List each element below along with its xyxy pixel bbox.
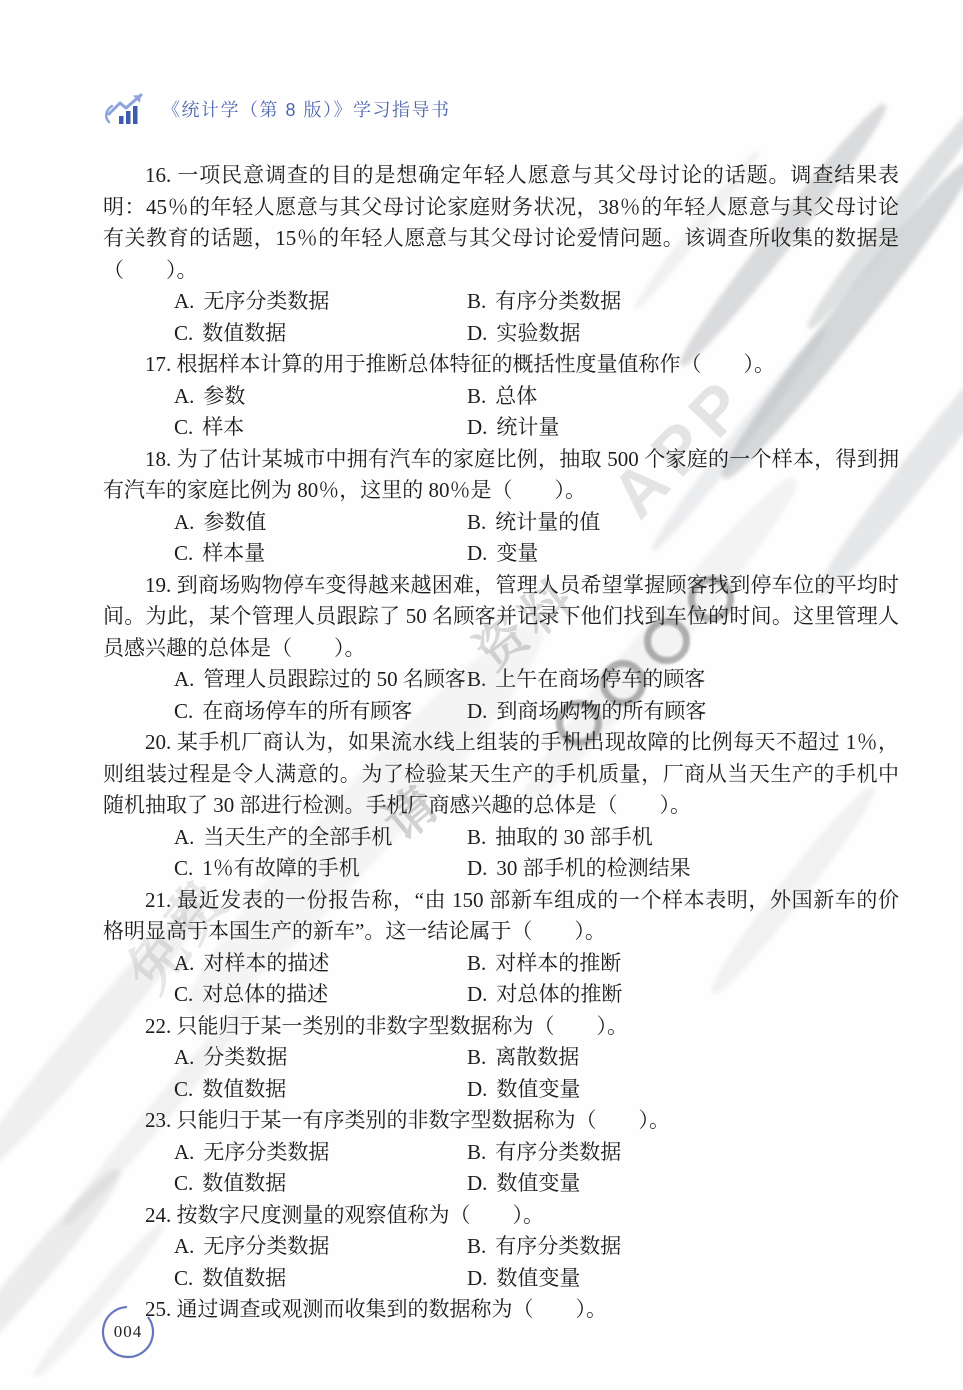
question-18: 18. 为了估计某城市中拥有汽车的家庭比例，抽取 500 个家庭的一个样本，得到…: [103, 444, 899, 570]
option-text: 统计量的值: [495, 510, 600, 534]
option-text: 在商场停车的所有顾客: [202, 699, 412, 723]
option-22-C: C.数值数据: [174, 1074, 467, 1106]
option-text: 变量: [496, 541, 538, 565]
question-23: 23. 只能归于某一有序类别的非数字型数据称为（ ）。A.无序分类数据B.有序分…: [103, 1105, 899, 1200]
option-24-D: D.数值变量: [467, 1263, 580, 1295]
option-text: 数值变量: [496, 1077, 580, 1101]
option-17-A: A.参数: [174, 381, 467, 413]
option-24-B: B.有序分类数据: [467, 1231, 621, 1263]
option-text: 有序分类数据: [495, 1140, 621, 1164]
option-label: A.: [174, 510, 194, 534]
option-16-D: D.实验数据: [467, 318, 580, 350]
option-label: C.: [174, 1077, 193, 1101]
option-label: A.: [174, 1234, 194, 1258]
option-23-C: C.数值数据: [174, 1168, 467, 1200]
option-row: C.样本D.统计量: [103, 412, 899, 444]
option-22-B: B.离散数据: [467, 1042, 579, 1074]
option-20-C: C.1％有故障的手机: [174, 853, 467, 885]
option-row: A.参数B.总体: [103, 381, 899, 413]
option-text: 无序分类数据: [203, 1140, 329, 1164]
option-text: 无序分类数据: [203, 289, 329, 313]
option-label: C.: [174, 856, 193, 880]
option-text: 数值变量: [496, 1171, 580, 1195]
option-label: B.: [467, 1234, 486, 1258]
option-label: B.: [467, 289, 486, 313]
questions-area: 16. 一项民意调查的目的是想确定年轻人愿意与其父母讨论的话题。调查结果表明：4…: [103, 160, 899, 1326]
option-label: B.: [467, 384, 486, 408]
question-text: 23. 只能归于某一有序类别的非数字型数据称为（ ）。: [103, 1105, 899, 1137]
option-23-B: B.有序分类数据: [467, 1137, 621, 1169]
question-16: 16. 一项民意调查的目的是想确定年轻人愿意与其父母讨论的话题。调查结果表明：4…: [103, 160, 899, 349]
question-21: 21. 最近发表的一份报告称，“由 150 部新车组成的一个样本表明，外国新车的…: [103, 885, 899, 1011]
option-text: 到商场购物的所有顾客: [496, 699, 706, 723]
option-text: 数值数据: [202, 321, 286, 345]
option-22-D: D.数值变量: [467, 1074, 580, 1106]
option-label: A.: [174, 289, 194, 313]
option-label: D.: [467, 699, 487, 723]
option-19-B: B.上午在商场停车的顾客: [467, 664, 705, 696]
option-text: 离散数据: [495, 1045, 579, 1069]
option-label: C.: [174, 415, 193, 439]
option-18-C: C.样本量: [174, 538, 467, 570]
option-text: 有序分类数据: [495, 289, 621, 313]
option-21-B: B.对样本的推断: [467, 948, 621, 980]
option-label: A.: [174, 1140, 194, 1164]
option-label: D.: [467, 1266, 487, 1290]
option-text: 分类数据: [203, 1045, 287, 1069]
option-label: B.: [467, 510, 486, 534]
option-17-C: C.样本: [174, 412, 467, 444]
option-text: 30 部手机的检测结果: [496, 856, 690, 880]
option-text: 无序分类数据: [203, 1234, 329, 1258]
option-label: C.: [174, 1266, 193, 1290]
question-19: 19. 到商场购物停车变得越来越困难，管理人员希望掌握顾客找到停车位的平均时间。…: [103, 570, 899, 728]
option-text: 对样本的推断: [495, 951, 621, 975]
option-20-A: A.当天生产的全部手机: [174, 822, 467, 854]
option-label: D.: [467, 321, 487, 345]
option-label: A.: [174, 384, 194, 408]
question-24: 24. 按数字尺度测量的观察值称为（ ）。A.无序分类数据B.有序分类数据C.数…: [103, 1200, 899, 1295]
option-19-A: A.管理人员跟踪过的 50 名顾客: [174, 664, 467, 696]
option-19-D: D.到商场购物的所有顾客: [467, 696, 706, 728]
option-19-C: C.在商场停车的所有顾客: [174, 696, 467, 728]
option-21-D: D.对总体的推断: [467, 979, 622, 1011]
option-text: 对样本的描述: [203, 951, 329, 975]
option-21-A: A.对样本的描述: [174, 948, 467, 980]
option-text: 统计量: [496, 415, 559, 439]
option-label: D.: [467, 541, 487, 565]
option-label: D.: [467, 982, 487, 1006]
option-row: C.在商场停车的所有顾客D.到商场购物的所有顾客: [103, 696, 899, 728]
page-number: 004: [99, 1303, 157, 1361]
option-label: C.: [174, 699, 193, 723]
option-row: A.分类数据B.离散数据: [103, 1042, 899, 1074]
option-text: 总体: [495, 384, 537, 408]
page-header: 《统计学（第 8 版）》学习指导书: [102, 90, 451, 128]
option-18-D: D.变量: [467, 538, 538, 570]
option-text: 对总体的推断: [496, 982, 622, 1006]
option-16-C: C.数值数据: [174, 318, 467, 350]
option-label: B.: [467, 667, 486, 691]
option-label: C.: [174, 982, 193, 1006]
option-label: D.: [467, 1077, 487, 1101]
option-label: B.: [467, 1140, 486, 1164]
option-text: 上午在商场停车的顾客: [495, 667, 705, 691]
option-18-B: B.统计量的值: [467, 507, 600, 539]
option-text: 数值数据: [202, 1077, 286, 1101]
option-row: C.数值数据D.实验数据: [103, 318, 899, 350]
option-24-A: A.无序分类数据: [174, 1231, 467, 1263]
option-row: A.当天生产的全部手机B.抽取的 30 部手机: [103, 822, 899, 854]
option-row: C.1％有故障的手机D.30 部手机的检测结果: [103, 853, 899, 885]
question-17: 17. 根据样本计算的用于推断总体特征的概括性度量值称作（ ）。A.参数B.总体…: [103, 349, 899, 444]
trend-chart-logo-icon: [102, 90, 150, 128]
option-20-B: B.抽取的 30 部手机: [467, 822, 653, 854]
option-text: 实验数据: [496, 321, 580, 345]
option-label: D.: [467, 415, 487, 439]
scanned-textbook-page: APP 资料 请 免费 《统计学（第 8 版）》学习指导书 16. 一项民意调查…: [0, 0, 963, 1390]
option-text: 抽取的 30 部手机: [495, 825, 653, 849]
option-row: C.数值数据D.数值变量: [103, 1074, 899, 1106]
option-label: A.: [174, 1045, 194, 1069]
question-25: 25. 通过调查或观测而收集到的数据称为（ ）。: [103, 1294, 899, 1326]
option-text: 数值数据: [202, 1171, 286, 1195]
option-text: 样本量: [202, 541, 265, 565]
question-text: 18. 为了估计某城市中拥有汽车的家庭比例，抽取 500 个家庭的一个样本，得到…: [103, 444, 899, 507]
option-label: D.: [467, 1171, 487, 1195]
option-label: B.: [467, 825, 486, 849]
option-text: 参数: [203, 384, 245, 408]
question-text: 25. 通过调查或观测而收集到的数据称为（ ）。: [103, 1294, 899, 1326]
option-row: C.对总体的描述D.对总体的推断: [103, 979, 899, 1011]
option-text: 样本: [202, 415, 244, 439]
option-22-A: A.分类数据: [174, 1042, 467, 1074]
option-label: A.: [174, 667, 194, 691]
option-17-D: D.统计量: [467, 412, 559, 444]
question-text: 24. 按数字尺度测量的观察值称为（ ）。: [103, 1200, 899, 1232]
option-18-A: A.参数值: [174, 507, 467, 539]
option-text: 对总体的描述: [202, 982, 328, 1006]
question-text: 21. 最近发表的一份报告称，“由 150 部新车组成的一个样本表明，外国新车的…: [103, 885, 899, 948]
option-text: 1％有故障的手机: [202, 856, 360, 880]
option-text: 有序分类数据: [495, 1234, 621, 1258]
option-text: 当天生产的全部手机: [203, 825, 392, 849]
option-24-C: C.数值数据: [174, 1263, 467, 1295]
option-text: 数值变量: [496, 1266, 580, 1290]
option-23-A: A.无序分类数据: [174, 1137, 467, 1169]
option-label: C.: [174, 321, 193, 345]
option-label: C.: [174, 1171, 193, 1195]
option-row: C.数值数据D.数值变量: [103, 1263, 899, 1295]
question-text: 20. 某手机厂商认为，如果流水线上组装的手机出现故障的比例每天不超过 1％，则…: [103, 727, 899, 822]
option-label: A.: [174, 825, 194, 849]
question-20: 20. 某手机厂商认为，如果流水线上组装的手机出现故障的比例每天不超过 1％，则…: [103, 727, 899, 885]
option-label: B.: [467, 951, 486, 975]
option-row: A.无序分类数据B.有序分类数据: [103, 1137, 899, 1169]
option-row: C.数值数据D.数值变量: [103, 1168, 899, 1200]
option-row: A.管理人员跟踪过的 50 名顾客B.上午在商场停车的顾客: [103, 664, 899, 696]
option-row: C.样本量D.变量: [103, 538, 899, 570]
option-label: D.: [467, 856, 487, 880]
option-label: B.: [467, 1045, 486, 1069]
option-text: 管理人员跟踪过的 50 名顾客: [203, 667, 466, 691]
option-20-D: D.30 部手机的检测结果: [467, 853, 691, 885]
option-21-C: C.对总体的描述: [174, 979, 467, 1011]
option-text: 数值数据: [202, 1266, 286, 1290]
option-16-B: B.有序分类数据: [467, 286, 621, 318]
option-row: A.对样本的描述B.对样本的推断: [103, 948, 899, 980]
question-22: 22. 只能归于某一类别的非数字型数据称为（ ）。A.分类数据B.离散数据C.数…: [103, 1011, 899, 1106]
option-row: A.参数值B.统计量的值: [103, 507, 899, 539]
page-number-badge: 004: [99, 1303, 157, 1361]
option-label: A.: [174, 951, 194, 975]
question-text: 19. 到商场购物停车变得越来越困难，管理人员希望掌握顾客找到停车位的平均时间。…: [103, 570, 899, 665]
question-text: 17. 根据样本计算的用于推断总体特征的概括性度量值称作（ ）。: [103, 349, 899, 381]
option-label: C.: [174, 541, 193, 565]
option-17-B: B.总体: [467, 381, 537, 413]
option-23-D: D.数值变量: [467, 1168, 580, 1200]
book-title: 《统计学（第 8 版）》学习指导书: [162, 96, 451, 122]
option-16-A: A.无序分类数据: [174, 286, 467, 318]
question-text: 22. 只能归于某一类别的非数字型数据称为（ ）。: [103, 1011, 899, 1043]
option-row: A.无序分类数据B.有序分类数据: [103, 1231, 899, 1263]
question-text: 16. 一项民意调查的目的是想确定年轻人愿意与其父母讨论的话题。调查结果表明：4…: [103, 160, 899, 286]
option-text: 参数值: [203, 510, 266, 534]
option-row: A.无序分类数据B.有序分类数据: [103, 286, 899, 318]
